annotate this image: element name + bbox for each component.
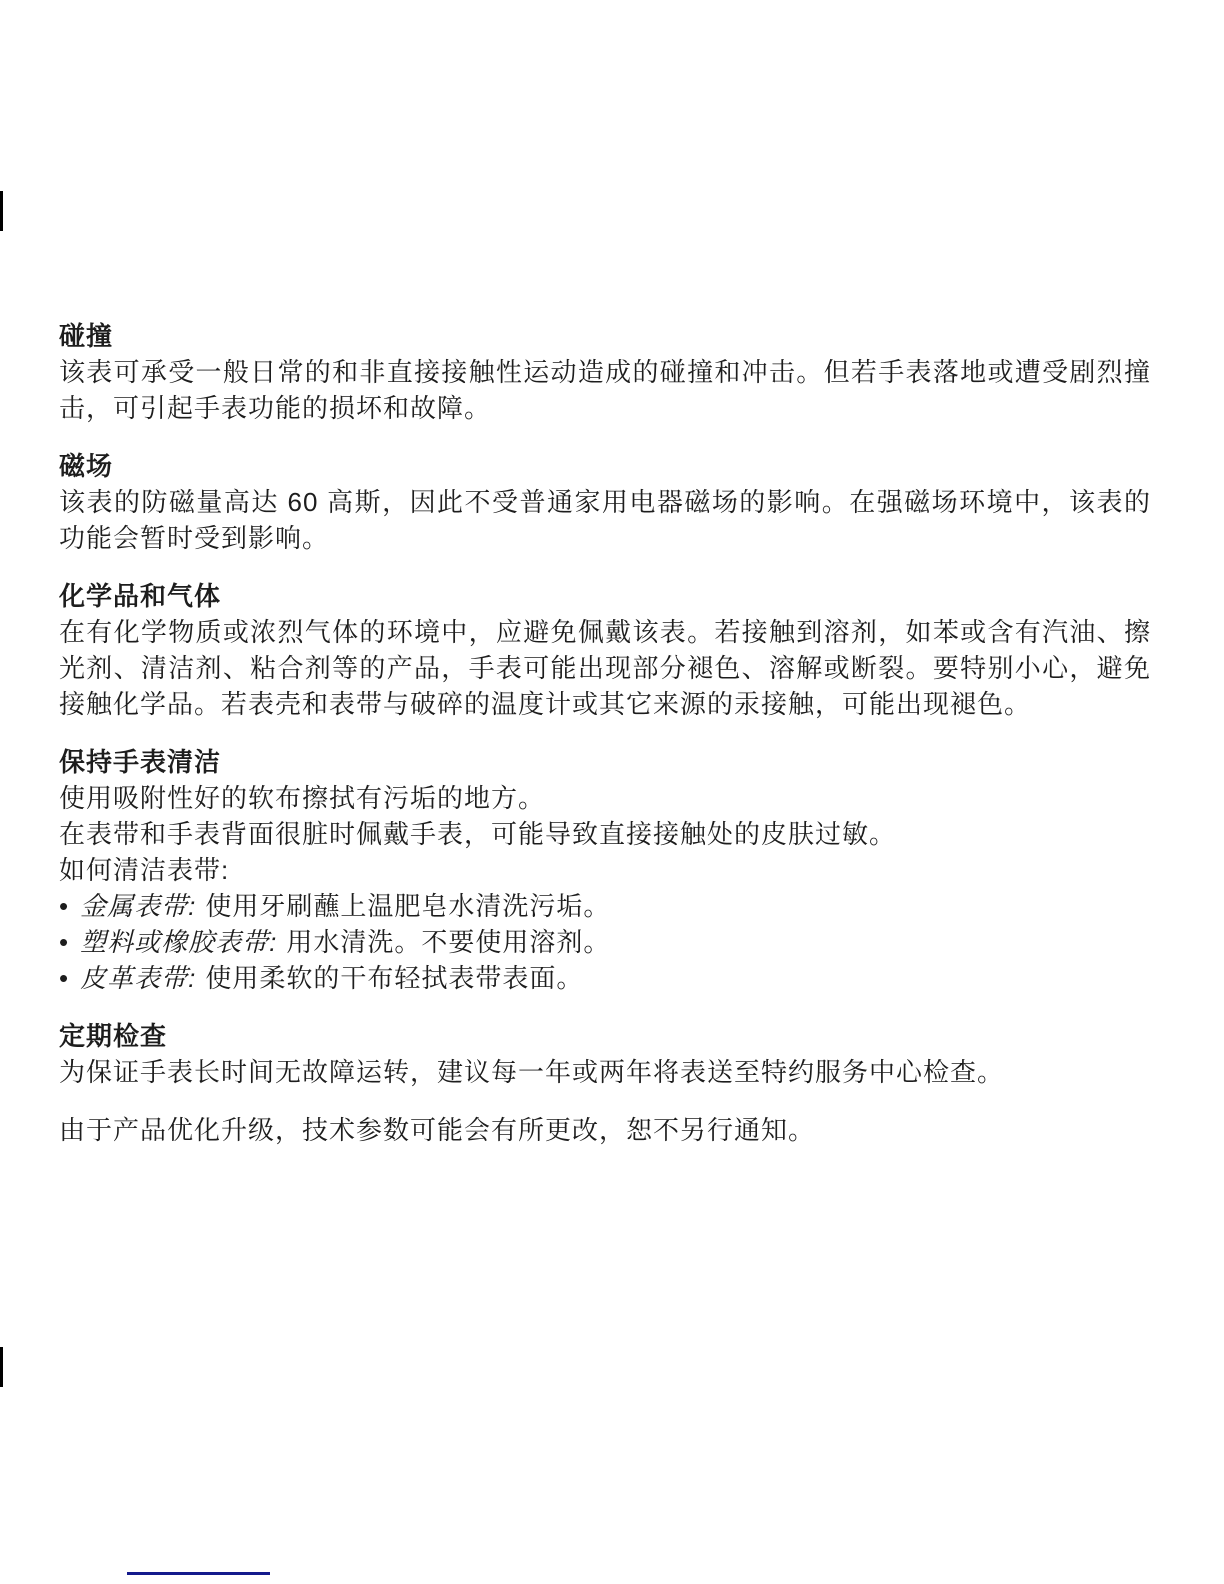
section-impact: 碰撞 该表可承受一般日常的和非直接接触性运动造成的碰撞和冲击。但若手表落地或遭受…: [59, 318, 1151, 426]
section-paragraph: 为保证手表长时间无故障运转，建议每一年或两年将表送至特约服务中心检查。: [59, 1054, 1151, 1090]
list-item-metal-band: •金属表带:使用牙刷蘸上温肥皂水清洗污垢。: [59, 888, 1151, 924]
list-item-plastic-rubber-band: •塑料或橡胶表带:用水清洗。不要使用溶剂。: [59, 924, 1151, 960]
band-cleaning-list: •金属表带:使用牙刷蘸上温肥皂水清洗污垢。 •塑料或橡胶表带:用水清洗。不要使用…: [59, 888, 1151, 996]
section-heading: 保持手表清洁: [59, 744, 1151, 780]
list-item-text: 使用牙刷蘸上温肥皂水清洗污垢。: [205, 891, 610, 921]
document-page: 碰撞 该表可承受一般日常的和非直接接触性运动造成的碰撞和冲击。但若手表落地或遭受…: [0, 0, 1224, 1584]
bullet-icon: •: [59, 891, 69, 921]
footer-accent-line: [127, 1572, 270, 1575]
list-item-text: 用水清洗。不要使用溶剂。: [286, 927, 610, 957]
section-paragraph: 如何清洁表带:: [59, 852, 1151, 888]
section-magnetic-field: 磁场 该表的防磁量高达 60 高斯，因此不受普通家用电器磁场的影响。在强磁场环境…: [59, 448, 1151, 556]
section-keep-clean: 保持手表清洁 使用吸附性好的软布擦拭有污垢的地方。 在表带和手表背面很脏时佩戴手…: [59, 744, 1151, 996]
section-paragraph: 该表的防磁量高达 60 高斯，因此不受普通家用电器磁场的影响。在强磁场环境中，该…: [59, 484, 1151, 556]
section-paragraph: 该表可承受一般日常的和非直接接触性运动造成的碰撞和冲击。但若手表落地或遭受剧烈撞…: [59, 354, 1151, 426]
bullet-icon: •: [59, 963, 69, 993]
section-chemicals-gases: 化学品和气体 在有化学物质或浓烈气体的环境中，应避免佩戴该表。若接触到溶剂，如苯…: [59, 578, 1151, 722]
section-heading: 化学品和气体: [59, 578, 1151, 614]
section-heading: 碰撞: [59, 318, 1151, 354]
section-paragraph: 在有化学物质或浓烈气体的环境中，应避免佩戴该表。若接触到溶剂，如苯或含有汽油、擦…: [59, 614, 1151, 722]
list-item-label: 金属表带:: [80, 891, 196, 921]
footer-note: 由于产品优化升级，技术参数可能会有所更改，恕不另行通知。: [59, 1112, 1151, 1148]
list-item-text: 使用柔软的干布轻拭表带表面。: [205, 963, 583, 993]
section-heading: 定期检查: [59, 1018, 1151, 1054]
list-item-label: 塑料或橡胶表带:: [80, 927, 277, 957]
document-content: 碰撞 该表可承受一般日常的和非直接接触性运动造成的碰撞和冲击。但若手表落地或遭受…: [59, 318, 1151, 1148]
scan-artifact-top: [0, 191, 3, 231]
section-periodic-check: 定期检查 为保证手表长时间无故障运转，建议每一年或两年将表送至特约服务中心检查。: [59, 1018, 1151, 1090]
section-paragraph: 在表带和手表背面很脏时佩戴手表，可能导致直接接触处的皮肤过敏。: [59, 816, 1151, 852]
scan-artifact-bottom: [0, 1347, 3, 1387]
list-item-label: 皮革表带:: [80, 963, 196, 993]
list-item-leather-band: •皮革表带:使用柔软的干布轻拭表带表面。: [59, 960, 1151, 996]
section-heading: 磁场: [59, 448, 1151, 484]
bullet-icon: •: [59, 927, 69, 957]
section-paragraph: 使用吸附性好的软布擦拭有污垢的地方。: [59, 780, 1151, 816]
